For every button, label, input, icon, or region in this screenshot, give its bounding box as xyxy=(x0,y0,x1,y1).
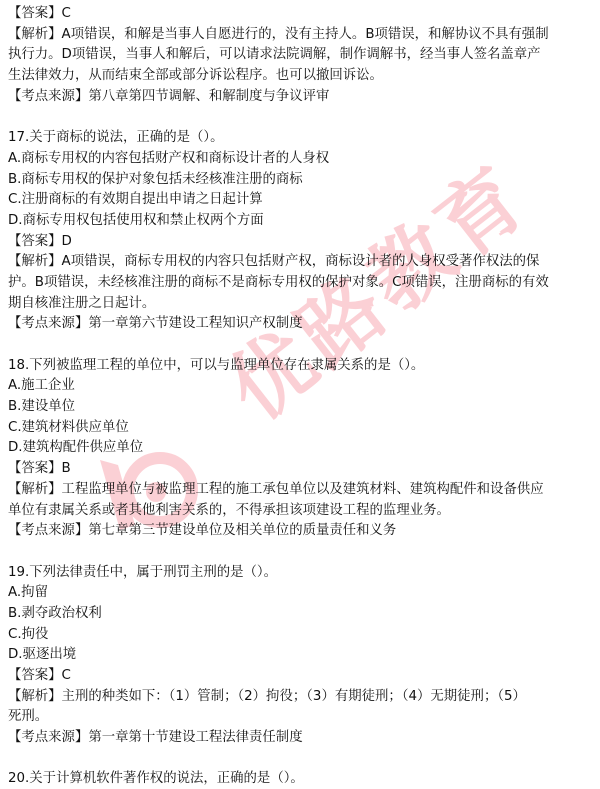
answer-line: 【答案】B xyxy=(8,459,594,480)
option-c: C.建筑材料供应单位 xyxy=(8,418,594,439)
answer-line: 【答案】D xyxy=(8,232,594,253)
source-line: 【考点来源】第一章第六节建设工程知识产权制度 xyxy=(8,314,594,335)
question-text: 18.下列被监理工程的单位中，可以与监理单位存在隶属关系的是（）。 xyxy=(8,356,594,377)
analysis-line: 执行力。D项错误，当事人和解后，可以请求法院调解，制作调解书，经当事人签名盖章产 xyxy=(8,45,594,66)
analysis-line: 期自核准注册之日起计。 xyxy=(8,294,594,315)
question-text: 20.关于计算机软件著作权的说法，正确的是（）。 xyxy=(8,769,594,789)
option-b: B.建设单位 xyxy=(8,397,594,418)
answer-line: 【答案】C xyxy=(8,666,594,687)
analysis-line: 单位有隶属关系或者其他利害关系的，不得承担该项建设工程的监理业务。 xyxy=(8,501,594,522)
option-c: C.拘役 xyxy=(8,625,594,646)
answer-line: 【答案】C xyxy=(8,4,594,25)
question-17: 17.关于商标的说法，正确的是（）。 A.商标专用权的内容包括财产权和商标设计者… xyxy=(8,128,594,335)
analysis-line: 【解析】主刑的种类如下：（1）管制；（2）拘役；（3）有期徒刑；（4）无期徒刑；… xyxy=(8,687,594,708)
question-20: 20.关于计算机软件著作权的说法，正确的是（）。 xyxy=(8,769,594,789)
analysis-line: 【解析】A项错误，商标专用权的内容只包括财产权，商标设计者的人身权受著作权法的保 xyxy=(8,252,594,273)
option-a: A.施工企业 xyxy=(8,376,594,397)
analysis-line: 生法律效力，从而结束全部或部分诉讼程序。也可以撤回诉讼。 xyxy=(8,66,594,87)
answer-block-16: 【答案】C 【解析】A项错误，和解是当事人自愿进行的，没有主持人。B项错误，和解… xyxy=(8,4,594,107)
option-a: A.拘留 xyxy=(8,583,594,604)
document-body: 【答案】C 【解析】A项错误，和解是当事人自愿进行的，没有主持人。B项错误，和解… xyxy=(8,4,594,789)
source-line: 【考点来源】第八章第四节调解、和解制度与争议评审 xyxy=(8,87,594,108)
option-b: B.商标专用权的保护对象包括未经核准注册的商标 xyxy=(8,170,594,191)
question-19: 19.下列法律责任中，属于刑罚主刑的是（）。 A.拘留 B.剥夺政治权利 C.拘… xyxy=(8,563,594,749)
option-d: D.驱逐出境 xyxy=(8,645,594,666)
option-b: B.剥夺政治权利 xyxy=(8,604,594,625)
analysis-line: 死刑。 xyxy=(8,707,594,728)
option-c: C.注册商标的有效期自提出申请之日起计算 xyxy=(8,190,594,211)
source-line: 【考点来源】第七章第三节建设单位及相关单位的质量责任和义务 xyxy=(8,521,594,542)
source-line: 【考点来源】第一章第十节建设工程法律责任制度 xyxy=(8,728,594,749)
question-18: 18.下列被监理工程的单位中，可以与监理单位存在隶属关系的是（）。 A.施工企业… xyxy=(8,356,594,542)
question-text: 19.下列法律责任中，属于刑罚主刑的是（）。 xyxy=(8,563,594,584)
option-d: D.建筑构配件供应单位 xyxy=(8,438,594,459)
analysis-line: 护。B项错误，未经核准注册的商标不是商标专用权的保护对象。C项错误，注册商标的有… xyxy=(8,273,594,294)
analysis-line: 【解析】工程监理单位与被监理工程的施工承包单位以及建筑材料、建筑构配件和设备供应 xyxy=(8,480,594,501)
question-text: 17.关于商标的说法，正确的是（）。 xyxy=(8,128,594,149)
analysis-line: 【解析】A项错误，和解是当事人自愿进行的，没有主持人。B项错误，和解协议不具有强… xyxy=(8,25,594,46)
option-a: A.商标专用权的内容包括财产权和商标设计者的人身权 xyxy=(8,149,594,170)
option-d: D.商标专用权包括使用权和禁止权两个方面 xyxy=(8,211,594,232)
